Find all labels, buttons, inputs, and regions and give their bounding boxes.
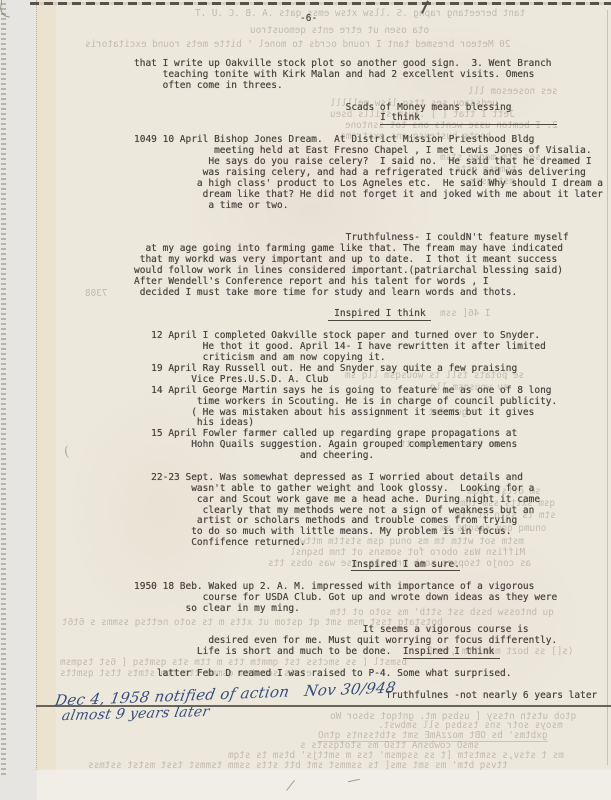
bleedthrough-ghost-line: ota osen ut etre ents qemoustrou bbox=[250, 26, 429, 36]
typed-text: decided I must take more time for study … bbox=[140, 287, 518, 298]
typed-text: Truthfulness- I couldN't feature myself bbox=[346, 232, 569, 243]
typed-text: often come in threes. bbox=[163, 80, 283, 91]
typed-text-body: that I write up Oakville stock plot so a… bbox=[134, 59, 604, 702]
typed-text: Hohn Quails suggestion. Again grouped co… bbox=[191, 439, 517, 450]
typed-underlined-text bbox=[420, 112, 557, 125]
typed-text: teaching tonite with Kirk Malan and had … bbox=[163, 69, 535, 80]
typed-text: would follow work in lines considered im… bbox=[134, 265, 563, 276]
typed-line: a time or two. bbox=[134, 201, 604, 212]
paper-edge-band bbox=[36, 0, 56, 775]
page-perforation-edge bbox=[1, 0, 6, 775]
page-number: -6- bbox=[300, 13, 317, 24]
typed-text: Vice Pres.U.S.D. A. Club bbox=[191, 374, 328, 385]
typed-text: desired even for me. Must quit worrying … bbox=[208, 635, 557, 646]
page-bottom-area bbox=[36, 770, 611, 800]
typed-text: course for USDA Club. Got up and wrote d… bbox=[203, 592, 558, 603]
typed-text: time workers in Scouting. He is in charg… bbox=[197, 396, 557, 407]
typed-text: After Wendell's Conference report and hi… bbox=[134, 276, 489, 287]
typed-text: to do so much with little means. My prob… bbox=[191, 526, 511, 537]
typed-text: meeting held at East Fresno Chapel , I m… bbox=[214, 145, 592, 156]
typed-text: ( He was mistaken about his assignment i… bbox=[191, 407, 534, 418]
bleedthrough-ghost-line: tant bereetang raphg .S .llsw xtsw emss … bbox=[195, 9, 525, 19]
typed-text: clearly that my methods were not a sign … bbox=[203, 505, 535, 516]
typed-text: 22-23 Sept. Was somewhat depressed as I … bbox=[151, 472, 523, 483]
typed-line: Inspired I think bbox=[134, 309, 604, 320]
typed-line: Life is short and much to be done. Inspi… bbox=[134, 647, 604, 658]
typed-text: so clear in my ming. bbox=[185, 603, 299, 614]
typed-text: 1049 10 April Bishop Jones Dream. At Dis… bbox=[134, 134, 534, 145]
typed-text: at my age going into farming game like t… bbox=[145, 243, 563, 254]
typed-line: and cheering. bbox=[134, 451, 604, 462]
typed-text: criticism and am now copying it. bbox=[203, 352, 386, 363]
typed-line: dream like that? He did not forget it an… bbox=[134, 190, 604, 201]
typed-text: Scads of Money means blessing bbox=[346, 102, 512, 113]
typed-text: Life is short and much to be done. bbox=[197, 646, 403, 657]
bleedthrough-ghost-line: ttvsq btm' ms smt sms[ ts ssmmst smt btt… bbox=[88, 761, 508, 771]
typed-line: Confifence returned. bbox=[134, 538, 604, 549]
typed-line bbox=[134, 211, 604, 222]
typed-line: Inspired I am sure. bbox=[134, 560, 604, 571]
typed-text: 19 April Ray Russell out. He and Snyder … bbox=[151, 363, 517, 374]
bleedthrough-ghost-line: 20 Meteor bresmed tant I round ocrds to … bbox=[85, 40, 510, 50]
typed-line: latter Feb. D reamed I was raised to P-4… bbox=[134, 669, 604, 680]
typed-text: 15 April Fowler farmer called up regardi… bbox=[151, 428, 517, 439]
typed-text: 1950 18 Beb. Waked up 2. A. M. impressed… bbox=[134, 581, 534, 592]
typed-text: that my workd was very important and up … bbox=[140, 254, 558, 265]
typed-underlined-text: Inspired I think bbox=[403, 646, 500, 659]
typed-underlined-text: I think bbox=[380, 112, 420, 125]
typed-text: dream like that? He did not forget it an… bbox=[203, 189, 603, 200]
typed-text: and cheering. bbox=[300, 450, 374, 461]
typed-underlined-text: Inspired I think bbox=[328, 308, 431, 321]
typed-text: He thot it good. April 14- I have rewrit… bbox=[203, 341, 546, 352]
page-right-edge bbox=[607, 10, 608, 765]
scanned-journal-page: { "page": { "number_label": "-6-" }, "co… bbox=[0, 0, 611, 800]
typed-text: It seems a vigorous course is bbox=[363, 624, 529, 635]
typed-line: decided I must take more time for study … bbox=[134, 288, 604, 299]
typed-text: a high class' product to Los Agneles etc… bbox=[197, 178, 603, 189]
typed-line: I think bbox=[134, 113, 604, 124]
typed-text: Confifence returned. bbox=[191, 537, 305, 548]
typed-text: Truthfulnes -not nearly 6 years later bbox=[386, 690, 598, 701]
typed-text: his ideas) bbox=[197, 417, 254, 428]
typed-text: 14 April George Martin says he is going … bbox=[151, 385, 551, 396]
typed-text: He says do you raise celery? I said no. … bbox=[208, 156, 591, 167]
typed-text: artist or scholars methods and trouble c… bbox=[197, 515, 517, 526]
typed-line: so clear in my ming. bbox=[134, 604, 604, 615]
page-top-edge bbox=[30, 2, 611, 5]
typed-text: latter Feb. D reamed I was raised to P-4… bbox=[157, 668, 512, 679]
typed-text: 12 April I completed Oakville stock pape… bbox=[151, 330, 540, 341]
typed-text: was raising celery, and had a refrigerat… bbox=[203, 167, 586, 178]
typed-text: a time or two. bbox=[208, 200, 288, 211]
typed-text: car and Scout work gave me a head ache. … bbox=[197, 494, 540, 505]
typed-line: often come in threes. bbox=[134, 81, 604, 92]
bleedthrough-ghost-line: 7308 bbox=[85, 289, 107, 299]
typed-underlined-text: Inspired I am sure. bbox=[351, 559, 460, 572]
typed-text: that I write up Oakville stock plot so a… bbox=[134, 58, 552, 69]
typed-text: wasn't able to gather weight and look gl… bbox=[191, 483, 534, 494]
